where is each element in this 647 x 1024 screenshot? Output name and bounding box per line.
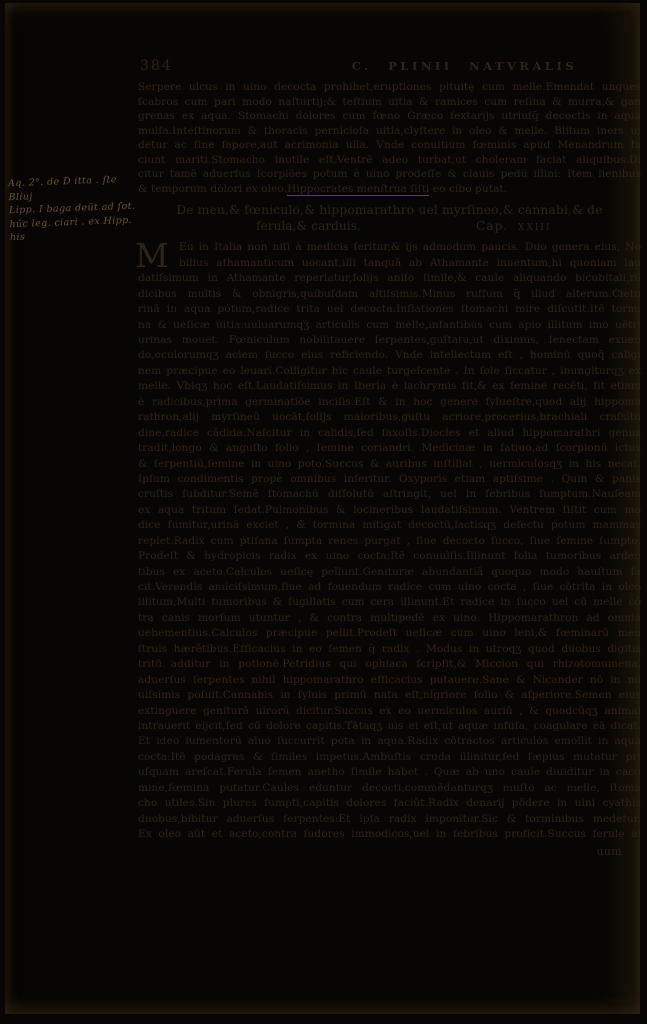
- text-line: ſtruis hærētibus.Efficacius in eo ſemen …: [138, 642, 641, 657]
- scanned-book-photo: { "page": { "number": "384", "running_ti…: [0, 0, 647, 1024]
- text-line: Eu in Italia non niſi à medicis ſeritur,…: [138, 240, 641, 255]
- handwritten-marginalia: Aq. 2°. de D itta . ſte BliujLipp. I bag…: [8, 173, 137, 245]
- page-header: 384 C. PLINII NATVRALIS: [138, 56, 641, 80]
- text-line: tritū additur in potionē.Petridius qui o…: [138, 657, 641, 672]
- text-line: aduerſus ſerpentes nihil hippomarathro e…: [138, 673, 641, 688]
- text-line: urinas mouet. Fœniculum nobilitauere ſer…: [138, 333, 641, 348]
- text-line: è radicibus,prima germinatiōe inciſis.Eſ…: [138, 395, 641, 410]
- chapter-number: Cap. xxiii: [476, 219, 552, 233]
- ink-underline: Hippocrates menſtrua ſiſti: [287, 183, 429, 196]
- chapter-heading-line1: De meu,& fœniculo,& hippomarathro uel my…: [138, 203, 641, 219]
- text-line: & temporum dolori ex oleo.Hippocrates me…: [138, 182, 641, 197]
- running-title: C. PLINII NATVRALIS: [288, 59, 641, 73]
- text-line: cruſtis ſubditur.Semē ſtomachū diſſolutū…: [138, 487, 641, 502]
- text-line: tibus ex aceto.Calculos ueſicę pellunt.G…: [138, 565, 641, 580]
- text-line: & ſerpentiū,ſemine in uino poto.Succus &…: [138, 457, 641, 472]
- text-line: grenas ex aqua. Stomachi dolores cum fœn…: [138, 109, 641, 124]
- chapter-heading-line2: ferula,& carduis. Cap. xxiii: [138, 219, 641, 236]
- text-line: Ex oleo aūt et aceto,contra ſudores immo…: [138, 827, 641, 842]
- text-line: mine,fœmina putatur.Caules eduntur decoc…: [138, 781, 641, 796]
- text-line: Ipſum condimentis propè omnibus inſeritu…: [138, 472, 641, 487]
- intro-paragraph: Serpere ulcus in uino decocta prohibet,e…: [138, 80, 641, 196]
- catchword: uum: [138, 845, 641, 858]
- text-line: uehementius.Calculos præcipue pellit.Pro…: [138, 626, 641, 641]
- text-line: Et ideo iumentorū aluo ſuccurrit pota in…: [138, 734, 641, 749]
- text-line: rathron,alij myrſineū uocāt,folijs maior…: [138, 410, 641, 425]
- text-line: ciunt mariti.Stomacho inutile eſt.Ventrē…: [138, 153, 641, 168]
- text-line: intrauerit eijcit,ſed cū dolore capitis.…: [138, 719, 641, 734]
- marginalia-line: hūc leg. ciari . ex Hipp. his: [9, 213, 137, 244]
- text-line: tra canis morſum utuntur , & contra mult…: [138, 611, 641, 626]
- chapter-body: M Eu in Italia non niſi à medicis ſeritu…: [138, 240, 641, 842]
- text-line: cho utiles.Sin plures ſumpti,capitis dol…: [138, 796, 641, 811]
- text-line: dice ſumitur,urinā exciet , & tormina mi…: [138, 518, 641, 533]
- book-page: Aq. 2°. de D itta . ſte BliujLipp. I bag…: [5, 3, 640, 1014]
- chapter-heading-line2-text: ferula,& carduis.: [256, 219, 361, 233]
- text-line: dine,radice cādida.Naſcitur in calidis,ſ…: [138, 426, 641, 441]
- text-line: tradit,longo & anguſto folio , ſemine co…: [138, 441, 641, 456]
- text-line: uſquam areſcat.Ferula ſemen anetho ſimil…: [138, 765, 641, 780]
- text-line: cit.Verendis amiciſsimum,ſiue ad fouendu…: [138, 580, 641, 595]
- text-line: illitum,Multi tumoribus & ſugillatis cum…: [138, 595, 641, 610]
- text-line: datiſsimum in Athamante reperiatur,folij…: [138, 271, 641, 286]
- text-line: replet.Radix cum ptiſana ſumpta renes pu…: [138, 534, 641, 549]
- text-line: bilius athamanticum uocant,illi tanquā a…: [138, 256, 641, 271]
- page-number: 384: [140, 58, 173, 74]
- chapter-heading: De meu,& fœniculo,& hippomarathro uel my…: [138, 203, 641, 236]
- text-line: do,oculorumqʒ aciem ſucco eius reficiend…: [138, 348, 641, 363]
- text-line: na & ueſicæ uitia:uuluarumqʒ articulis c…: [138, 318, 641, 333]
- text-line: mulſa.Inteſtinorum & thoracis pernicioſa…: [138, 124, 641, 139]
- text-line: dicibus multis & obnigris,quibuſdam alti…: [138, 287, 641, 302]
- text-line: citur tamē aduerſus ſcorpiōes potum è ui…: [138, 167, 641, 182]
- text-line: nem præcipue eo leuari.Colligitur hic ca…: [138, 364, 641, 379]
- text-line: Prodeſt & hydropicis radix ex uino cocta…: [138, 549, 641, 564]
- text-line: extinguere geniturā uirorū dicitur.Succu…: [138, 704, 641, 719]
- text-line: detur ac ſine ſapore,aut acrimonia ulla.…: [138, 138, 641, 153]
- text-line: cocta:Itē podagras & ſimiles impetus.Amb…: [138, 750, 641, 765]
- text-line: Serpere ulcus in uino decocta prohibet,e…: [138, 80, 641, 95]
- text-line: ex aqua tritum ſedat.Pulmonibus & iocine…: [138, 503, 641, 518]
- text-line: duobus,bibitur aduerſus ſerpentes:Et ipſ…: [138, 812, 641, 827]
- text-line: melle. Vbiqʒ hoc eſt.Laudatiſsimus in Ib…: [138, 379, 641, 394]
- text-line: uiſsimis poſuit.Cannabis in ſyluis primū…: [138, 688, 641, 703]
- text-line: rinā in aqua potum,radice trita uel deco…: [138, 302, 641, 317]
- text-line: ſcabros cum pari modo naſturtij:& teſtiu…: [138, 95, 641, 110]
- text-block: 384 C. PLINII NATVRALIS Serpere ulcus in…: [138, 56, 641, 858]
